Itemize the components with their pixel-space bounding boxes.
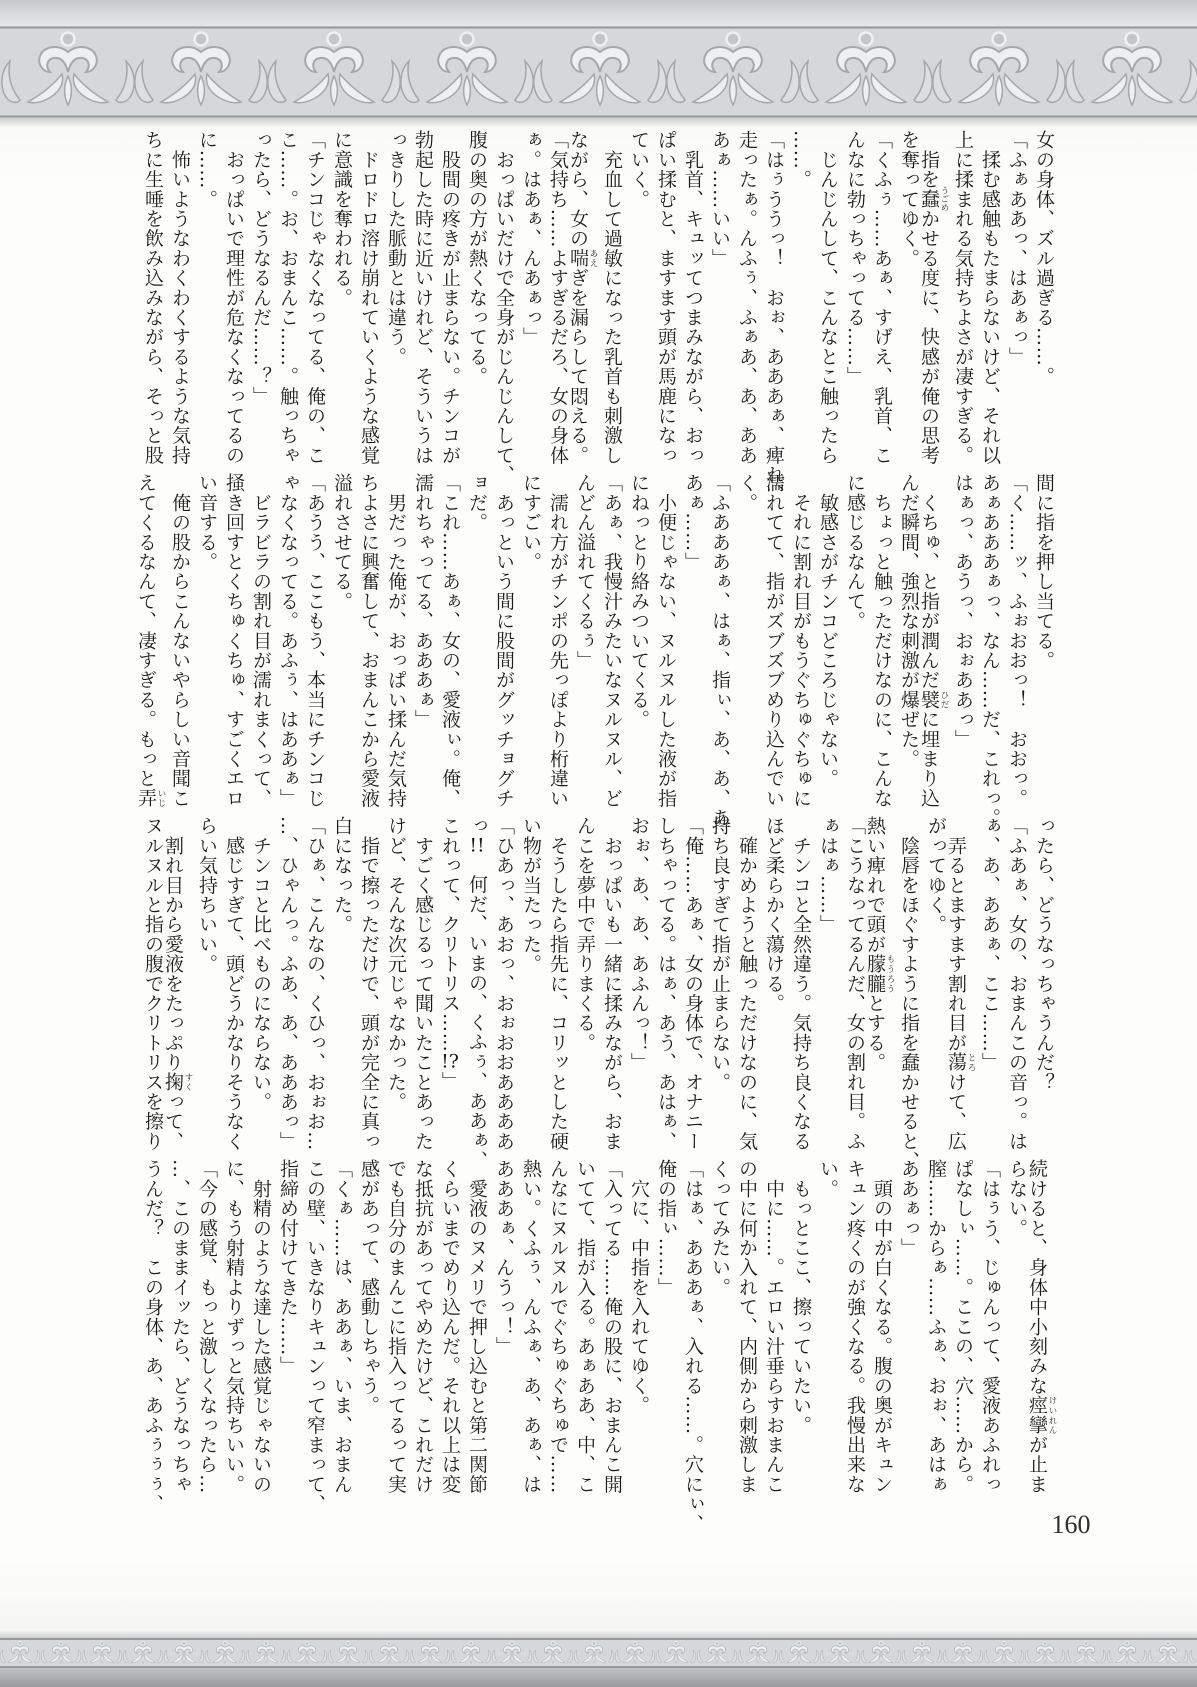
- text-line: い物が当たった。: [517, 816, 544, 1152]
- text-line: ほど柔らかく蕩ける。: [760, 816, 787, 1152]
- text-line: 「入ってる……俺の股に、おまんこ開: [598, 1159, 625, 1495]
- text-line: ドロドロ溶け崩れていくような感覚: [355, 130, 382, 466]
- text-line: 熱い。くふぅ、んふぁ、あ、あぁ、は: [517, 1159, 544, 1495]
- text-line: い。: [814, 1159, 841, 1495]
- text-line: ョだ。: [463, 473, 490, 809]
- text-line: 「あうう、ここもう、本当にチンコじ: [301, 473, 328, 809]
- text-line: 割れ目から愛液をたっぷり掬すくって、: [166, 816, 193, 1152]
- text-line: …、ひゃんっ。ふあ、あ、あああっ」: [274, 816, 301, 1152]
- text-line: 熱い痺れで頭が朦朧もうろうとする。: [868, 816, 895, 1152]
- text-line: 濡れ方がチンポの先っぽより桁違い: [544, 473, 571, 809]
- text-line: 敏感さがチンコどころじゃない。: [814, 473, 841, 809]
- text-line: でも自分のまんこに指入ってるって実: [382, 1159, 409, 1495]
- text-line: いてて、指が入る。あぁああ、中、こ: [571, 1159, 598, 1495]
- text-line: の中に何か入れて、内側から刺激しま: [733, 1159, 760, 1495]
- text-line: 「はぅううっ！ おぉ、あああぁ、痺れ、: [760, 130, 787, 466]
- text-line: く。: [733, 473, 760, 809]
- text-line: 乳首、キュッてつまみながら、おっ: [679, 130, 706, 466]
- text-line: 「ひあっ、あおっ、おぉおおああああ: [490, 816, 517, 1152]
- text-line: にすごい。: [517, 473, 544, 809]
- text-line: キュン疼くのが強くなる。我慢出来な: [841, 1159, 868, 1495]
- text-line: あっという間に股間がグッチョグチ: [490, 473, 517, 809]
- text-line: ちに生唾を飲み込みながら、そっと股: [139, 130, 166, 466]
- text-line: 揉む感触もたまらないけど、それ以: [976, 130, 1003, 466]
- text-line: んこを夢中で弄りまくる。: [571, 816, 598, 1152]
- text-line: に意識を奪われる。: [328, 130, 355, 466]
- text-line: 「ふあああぁ、はぁ、指ぃ、あ、あ、あ: [706, 473, 733, 809]
- text-line: ったら、どうなるんだ……？」: [247, 130, 274, 466]
- text-line: チンコと比べものにならない。: [247, 816, 274, 1152]
- text-line: な抵抗があってやめたけど、これだけ: [409, 1159, 436, 1495]
- text-line: 俺の股からこんないやらしい音聞こ: [166, 473, 193, 809]
- text-line: 男だった俺が、おっぱい揉んだ気持: [382, 473, 409, 809]
- text-line: そうしたら指先に、コリッとした硬: [544, 816, 571, 1152]
- text-line: 腹の奥の方が熱くなってる。: [463, 130, 490, 466]
- text-line: 俺の指ぃ……」: [652, 1159, 679, 1495]
- text-line: ぁはぁ……」: [814, 816, 841, 1152]
- text-line: ちよさに興奮して、おまんこから愛液: [355, 473, 382, 809]
- text-line: ぱい揉むと、ますます頭が馬鹿になっ: [652, 130, 679, 466]
- text-line: 穴に、中指を入れてゆく。: [625, 1159, 652, 1495]
- text-line: 確かめようと触っただけなのに、気: [733, 816, 760, 1152]
- text-line: 溢れさせてる。: [328, 473, 355, 809]
- text-line: 射精のような達した感覚じゃないの: [247, 1159, 274, 1495]
- text-line: 「く……ッ、ふぉおおっ！ おおっ。: [1003, 473, 1030, 809]
- text-line: おっぱいも一緒に揉みながら、おま: [598, 816, 625, 1152]
- text-line: に、もう射精よりずっと気持ちいい。: [220, 1159, 247, 1495]
- text-line: 中に……。エロい汁垂らすおまんこ: [760, 1159, 787, 1495]
- top-border-shadow: [0, 118, 1197, 128]
- text-block-3: ったら、どうなっちゃうんだ？「ふあぁ、女の、おまんこの音っ。はぁ、あ、ああぁ、こ…: [139, 816, 1057, 1152]
- text-line: ……。: [787, 130, 814, 466]
- text-line: ビラビラの割れ目が濡れまくって、: [247, 473, 274, 809]
- text-line: 膣……からぁ……ふぁ、おぉ、あはぁ: [922, 1159, 949, 1495]
- text-line: ぁ。はあぁ、んあぁっ」: [517, 130, 544, 466]
- text-line: 「はぁ、あああぁ、入れる……。穴にぃ、: [679, 1159, 706, 1495]
- bottom-edge-strip: [0, 1668, 1197, 1687]
- text-block-1: 女の身体、ズル過ぎる……。「ふぁああっ、はあぁっ」 揉む感触もたまらないけど、そ…: [139, 130, 1057, 466]
- text-line: に……。: [193, 130, 220, 466]
- text-line: んどん溢れてくるぅ」: [571, 473, 598, 809]
- text-line: けど、そんな次元じゃなかった。: [382, 816, 409, 1152]
- text-line: 「くふぅ……あぁ、すげえ、乳首、こ: [868, 130, 895, 466]
- text-line: 勃起した時に近いけれど、そういうは: [409, 130, 436, 466]
- text-line: い音する。: [193, 473, 220, 809]
- text-line: 指で擦っただけで、頭が完全に真っ: [355, 816, 382, 1152]
- text-line: 「チンコじゃなくなってる、俺の、こ: [301, 130, 328, 466]
- text-line: おっぱいだけで全身がじんじんして、: [490, 130, 517, 466]
- text-line: 濡れちゃってる、あああぁ」: [409, 473, 436, 809]
- text-line: 白になった。: [328, 816, 355, 1152]
- text-line: 感じすぎて、頭どうかなりそうなく: [220, 816, 247, 1152]
- text-line: 「あぁ、我慢汁みたいなヌルヌル、ど: [598, 473, 625, 809]
- text-line: 続けると、身体中小刻みな痙攣けいれんが止ま: [1030, 1159, 1057, 1495]
- text-line: しちゃってる。はぁ、あう、あはぁ、: [652, 816, 679, 1152]
- text-line: 股間の疼きが止まらない。チンコが: [436, 130, 463, 466]
- text-line: うんだ？ この身体、あ、あふぅぅぅ、: [139, 1159, 166, 1495]
- text-line: じんじんして、こんなとこ触ったら: [814, 130, 841, 466]
- text-line: らい気持ちいい。: [193, 816, 220, 1152]
- text-line: これって、クリトリス……!?」: [436, 816, 463, 1152]
- text-line: こ……。お、おまんこ……。触っちゃ: [274, 130, 301, 466]
- text-line: 走ったぁ。んふぅ、ふぁあ、あ、ああ: [733, 130, 760, 466]
- text-line: あぁ……」: [679, 473, 706, 809]
- text-line: 充血して過敏になった乳首も刺激し: [598, 130, 625, 466]
- text-line: にねっとり絡みついてくる。: [625, 473, 652, 809]
- text-line: 「ふぁああっ、はあぁっ」: [1003, 130, 1030, 466]
- text-line: 掻き回すとくちゅくちゅ、すごくエロ: [220, 473, 247, 809]
- text-line: …、このままイッたら、どうなっちゃ: [166, 1159, 193, 1495]
- text-line: それに割れ目がもうぐちゅぐちゅに: [787, 473, 814, 809]
- text-line: 頭の中が白くなる。腹の奥がキュン: [868, 1159, 895, 1495]
- text-line: 女の身体、ズル過ぎる……。: [1030, 130, 1057, 466]
- text-line: ちょっと触っただけなのに、こんな: [868, 473, 895, 809]
- text-line: 弄るとますます割れ目が蕩とろけて、広: [949, 816, 976, 1152]
- book-page: 女の身体、ズル過ぎる……。「ふぁああっ、はあぁっ」 揉む感触もたまらないけど、そ…: [0, 0, 1197, 1687]
- text-line: あああぁ、んうっ！」: [490, 1159, 517, 1495]
- text-line: 濡れてて、指がズブズブめり込んでい: [760, 473, 787, 809]
- text-line: んなに勃っちゃってる……」: [841, 130, 868, 466]
- text-line: くちゅ、と指が潤んだ襞ひだに埋まり込: [922, 473, 949, 809]
- text-line: 愛液のヌメリで押し込むと第二関節: [463, 1159, 490, 1495]
- text-line: っ!! 何だ、いまの、くふぅ、ああぁ、: [463, 816, 490, 1152]
- text-line: ったら、どうなっちゃうんだ？: [1030, 816, 1057, 1152]
- text-line: 指を蠢うごめかせる度に、快感が俺の思考: [922, 130, 949, 466]
- text-line: おぉ、あ、あ、あふんっ！」: [625, 816, 652, 1152]
- text-line: えてくるなんて、凄すぎる。もっと弄いじ: [139, 473, 166, 809]
- text-line: 「今の感覚、もっと激しくなったら…: [193, 1159, 220, 1495]
- text-line: はぁっ、あうっ、おぉああっ」: [949, 473, 976, 809]
- text-line: 「はぅう、じゅんって、愛液あふれっ: [976, 1159, 1003, 1495]
- text-line: んなにヌルヌルでぐちゅぐちゅで……: [544, 1159, 571, 1495]
- text-line: 小便じゃない、ヌルヌルした液が指: [652, 473, 679, 809]
- text-line: あぁあああぁっ、なん……だ、これっ。: [976, 473, 1003, 809]
- text-line: 怖いようなわくわくするような気持: [166, 130, 193, 466]
- text-line: 「これ……あぁ、女の、愛液ぃ。俺、: [436, 473, 463, 809]
- text-line: くらいまでめり込んだ。それ以上は変: [436, 1159, 463, 1495]
- text-line: っきりした脈動とは違う。: [382, 130, 409, 466]
- text-line: 指締め付けてきた……」: [274, 1159, 301, 1495]
- text-line: おっぱいで理性が危なくなってるの: [220, 130, 247, 466]
- bottom-border-shadow: [0, 1630, 1197, 1638]
- bottom-ornament-border: [0, 1638, 1197, 1668]
- text-line: あぁ……いい」: [706, 130, 733, 466]
- text-line: 上に揉まれる気持ちよさが凄すぎる。: [949, 130, 976, 466]
- text-line: くってみたい。: [706, 1159, 733, 1495]
- text-line: ていく。: [625, 130, 652, 466]
- text-line: 間に指を押し当てる。: [1030, 473, 1057, 809]
- text-line: もっとここ、擦っていたい。: [787, 1159, 814, 1495]
- text-line: ぁ、あ、ああぁ、ここ……」: [976, 816, 1003, 1152]
- page-number: 160: [1036, 1510, 1106, 1540]
- page-content: 女の身体、ズル過ぎる……。「ふぁああっ、はあぁっ」 揉む感触もたまらないけど、そ…: [139, 130, 1057, 1502]
- ornament-pattern-top: [0, 26, 1197, 118]
- text-line: チンコと全然違う。気持ち良くなる: [787, 816, 814, 1152]
- text-line: ゃなくなってる。あふぅ、はああぁ」: [274, 473, 301, 809]
- text-line: ぱなしぃ……。ここの、穴……から。: [949, 1159, 976, 1495]
- text-line: に感じるなんて。: [841, 473, 868, 809]
- text-line: この壁、いきなりキュンって窄まって、: [301, 1159, 328, 1495]
- text-block-4: 続けると、身体中小刻みな痙攣けいれんが止まらない。「はぅう、じゅんって、愛液あふ…: [139, 1159, 1057, 1495]
- text-line: 感があって、感動しちゃう。: [355, 1159, 382, 1495]
- text-line: ながら、女の喘あえぎを漏らして悶える。: [571, 130, 598, 466]
- text-line: 陰唇をほぐすように指を蠢かせると、: [895, 816, 922, 1152]
- ornament-pattern-bottom: [0, 1638, 1197, 1668]
- text-line: 「くぁ……は、ああぁ、いま、おまん: [328, 1159, 355, 1495]
- text-line: すごく感じるって聞いたことあった: [409, 816, 436, 1152]
- text-line: 「ひぁ、こんなの、くひっ、おぉお…: [301, 816, 328, 1152]
- top-ornament-border: [0, 26, 1197, 118]
- text-line: 「俺……あぁ、女の身体で、オナニー: [679, 816, 706, 1152]
- text-block-2: 間に指を押し当てる。「く……ッ、ふぉおおっ！ おおっ。あぁあああぁっ、なん……だ…: [139, 473, 1057, 809]
- top-edge-strip: [0, 0, 1197, 26]
- text-line: ああぁっ」: [895, 1159, 922, 1495]
- text-line: 「ふあぁ、女の、おまんこの音っ。は: [1003, 816, 1030, 1152]
- text-line: 持ち良すぎて指が止まらない。: [706, 816, 733, 1152]
